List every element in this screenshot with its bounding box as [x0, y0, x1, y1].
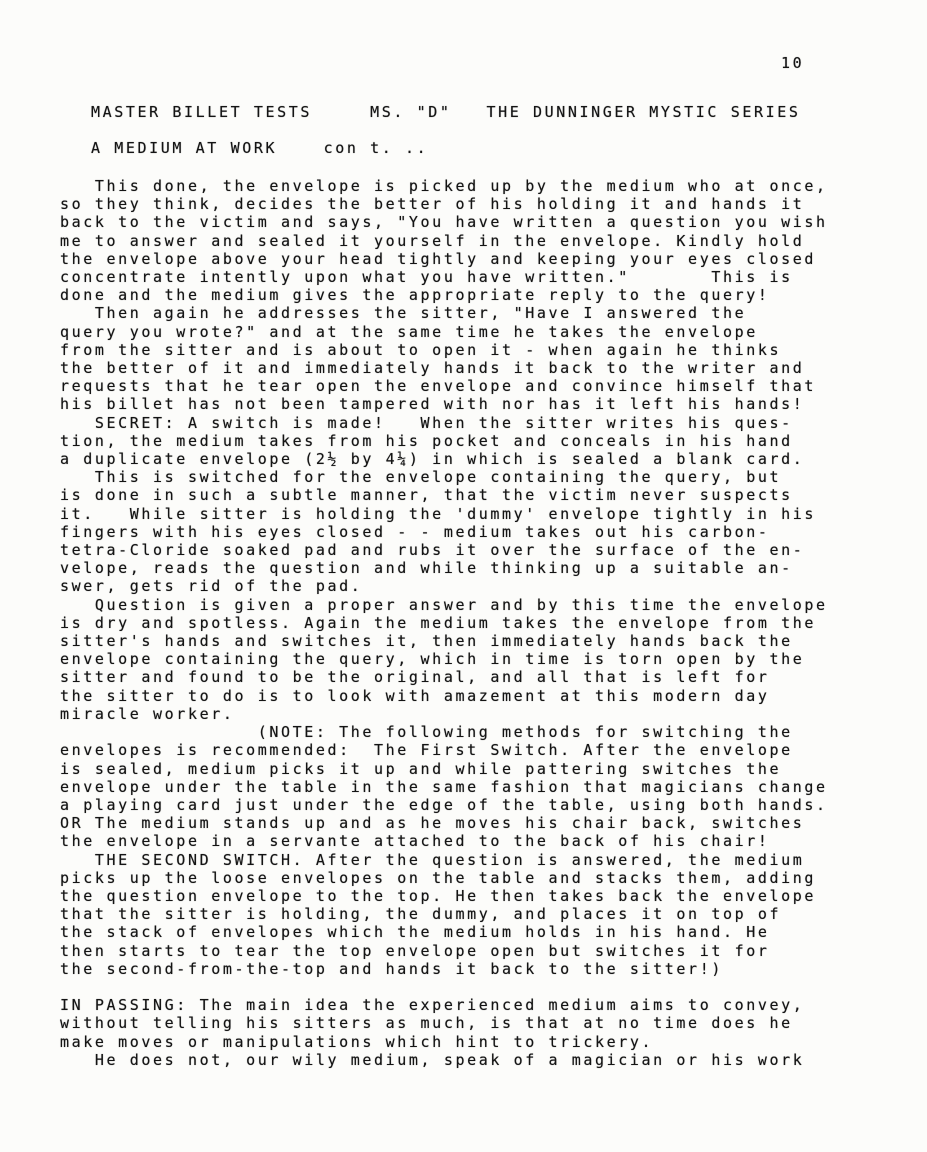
section-title-continued: A MEDIUM AT WORK con t. ..	[91, 139, 428, 157]
document-header-line: MASTER BILLET TESTS MS. "D" THE DUNNINGE…	[91, 103, 800, 121]
scanned-document-page: 10 MASTER BILLET TESTS MS. "D" THE DUNNI…	[0, 0, 927, 1152]
document-body-text: This done, the envelope is picked up by …	[60, 177, 828, 1069]
page-number: 10	[781, 54, 804, 72]
